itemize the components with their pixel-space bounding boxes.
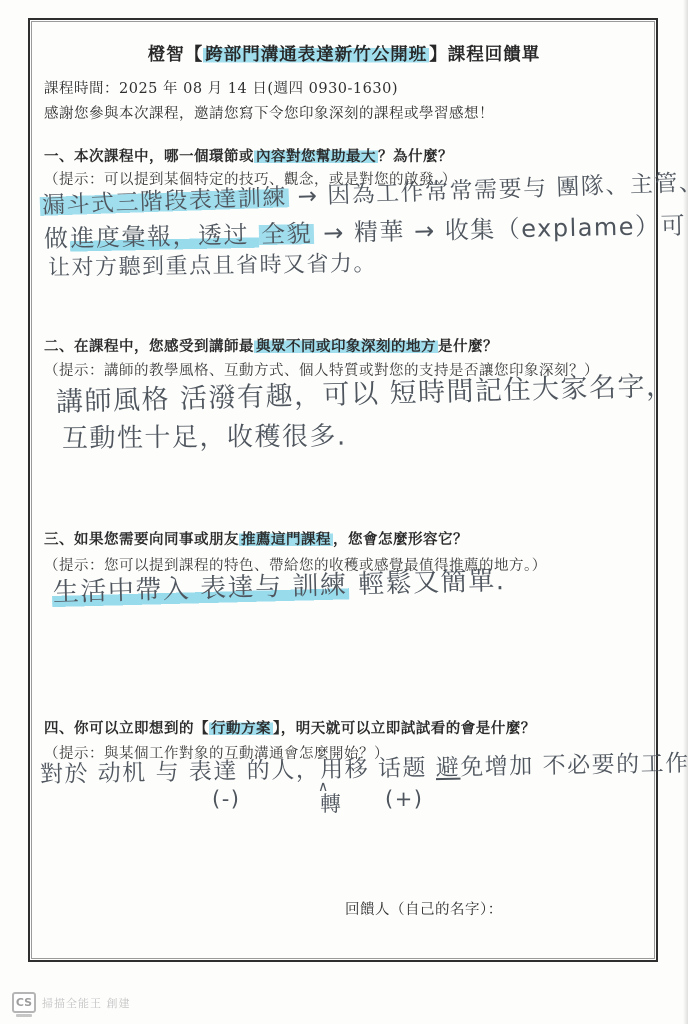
- camscanner-badge-icon: CS: [12, 992, 36, 1013]
- question-2-heading: 二、在課程中，您感受到講師最與眾不同或印象深刻的地方是什麼？: [44, 338, 498, 357]
- q3-heading-highlight: 推薦這門課程: [239, 531, 333, 548]
- q1-answer-line-2-pre: 做: [44, 224, 70, 253]
- course-time: 課程時間：2025 年 08 月 14 日(週四 0930-1630): [44, 80, 398, 99]
- question-1-heading: 一、本次課程中，哪一個環節或內容對您幫助最大？為什麼？: [44, 148, 453, 167]
- form-title: 橙智【跨部門溝通表達新竹公開班】課程回饋單: [0, 41, 688, 66]
- q4-heading-post: 】，明天就可以立即試試看的會是什麼？: [273, 720, 536, 737]
- q2-heading-highlight: 與眾不同或印象深刻的地方: [254, 338, 438, 355]
- feedback-person-label: 回饋人（自己的名字）：: [345, 901, 503, 920]
- q2-answer-line-2: 互動性十足，收穫很多.: [62, 423, 347, 455]
- q3-answer-line-1-rest: 輕鬆又簡單.: [348, 566, 506, 600]
- q4-answer-line-1-rest: 免增加 不必要的工作。: [460, 750, 688, 780]
- scanned-feedback-form: 橙智【跨部門溝通表達新竹公開班】課程回饋單 課程時間：2025 年 08 月 1…: [0, 0, 688, 1024]
- question-4-heading: 四、你可以立即想到的【行動方案】，明天就可以立即試試看的會是什麼？: [44, 720, 536, 739]
- q4-heading-pre: 四、你可以立即想到的【: [44, 720, 209, 737]
- q1-answer-highlighted-word: 全貌: [259, 219, 315, 248]
- q3-heading-pre: 三、如果您需要向同事或朋友: [44, 531, 239, 548]
- scan-edge-shadow: [683, 0, 688, 1024]
- q4-plus-annotation: (+): [385, 787, 423, 811]
- q1-heading-post: ？為什麼？: [378, 148, 453, 165]
- q1-answer-line-3: 让对方聽到重点且省時又省力。: [48, 251, 377, 281]
- q3-heading-post: ，您會怎麼形容它？: [333, 531, 468, 548]
- q4-answer-underlined-char: 避: [436, 755, 461, 781]
- q4-minus-annotation: (-): [212, 787, 240, 811]
- q4-heading-highlight: 行動方案: [209, 720, 273, 737]
- q4-inserted-character: 轉: [320, 792, 343, 816]
- q1-heading-pre: 一、本次課程中，哪一個環節或: [44, 148, 254, 165]
- q2-heading-pre: 二、在課程中，您感受到講師最: [44, 338, 254, 355]
- scanner-watermark-text: 掃描全能王 創建: [42, 995, 131, 1011]
- q1-answer-underlined-phrase: 進度彙報，透过: [69, 220, 259, 252]
- scanner-watermark: CS 掃描全能王 創建: [12, 992, 131, 1013]
- form-title-highlight: 跨部門溝通表達新竹公開班: [203, 45, 429, 65]
- form-title-pre: 橙智【: [148, 45, 204, 65]
- intro-text: 感謝您參與本次課程，邀請您寫下令您印象深刻的課程或學習感想！: [44, 105, 494, 124]
- q1-heading-highlight: 內容對您幫助最大: [254, 148, 378, 165]
- form-title-post: 】課程回饋單: [429, 45, 540, 65]
- q2-heading-post: 是什麼？: [438, 338, 498, 355]
- question-3-heading: 三、如果您需要向同事或朋友推薦這門課程，您會怎麼形容它？: [44, 531, 468, 550]
